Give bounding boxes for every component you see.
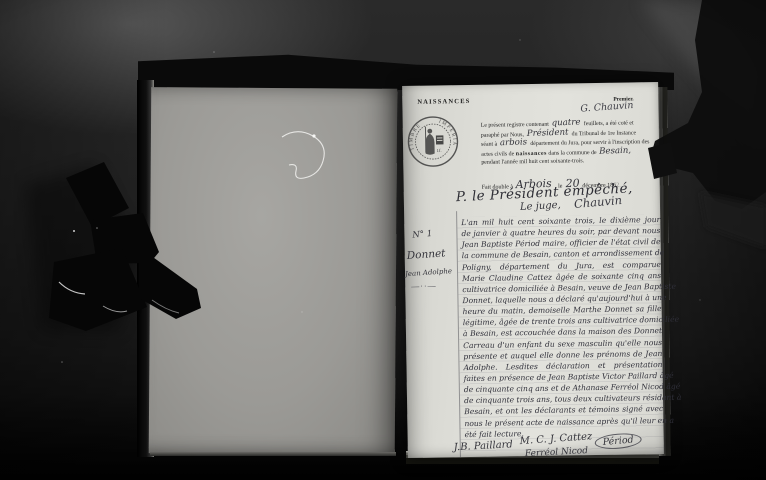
- dust-speck: [73, 230, 75, 232]
- photo-artifacts-overlay: [0, 0, 766, 480]
- right-clamp: [648, 0, 766, 248]
- thread-mark: [282, 132, 324, 179]
- dust-specks: [61, 39, 701, 363]
- archival-photo-stage: NAISSANCES Premier. G. Chauvin TIMBRE IM…: [0, 0, 766, 480]
